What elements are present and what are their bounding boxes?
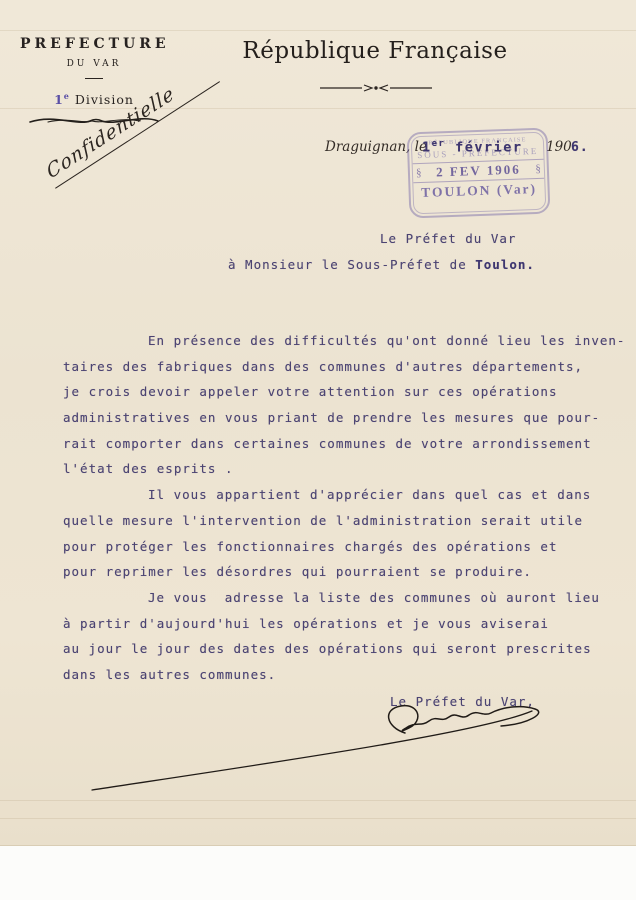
letterhead-rule <box>85 78 103 79</box>
letterhead-region: DU VAR <box>20 59 168 69</box>
division-number: 1 <box>54 92 64 107</box>
recipient-city: Toulon. <box>475 257 535 272</box>
letter-body: En présence des difficultés qu'ont donné… <box>63 328 608 688</box>
body-line: quelle mesure l'intervention de l'admini… <box>63 508 608 534</box>
recipient-address-text: à Monsieur le Sous-Préfet de <box>228 257 475 272</box>
body-line: rait comporter dans certaines communes d… <box>63 431 608 457</box>
body-line: administratives en vous priant de prendr… <box>63 405 608 431</box>
body-line: taires des fabriques dans des communes d… <box>63 354 608 380</box>
recipient-address: à Monsieur le Sous-Préfet de Toulon. <box>228 257 535 272</box>
body-line: je crois devoir appeler votre attention … <box>63 379 608 405</box>
recipient-title: Le Préfet du Var <box>380 231 516 246</box>
body-line: Je vous adresse la liste des communes où… <box>63 585 608 611</box>
scanned-letter: PREFECTURE DU VAR 1e Division République… <box>0 0 636 900</box>
body-line: dans les autres communes. <box>63 662 608 688</box>
dateline-typed-date: 1er février <box>422 139 523 156</box>
scan-artifact-line <box>0 818 636 819</box>
division-word: Division <box>70 92 134 107</box>
stamp-ornament-right: § <box>535 163 541 175</box>
body-line: l'état des esprits . <box>63 456 608 482</box>
body-line: au jour le jour des dates des opérations… <box>63 636 608 662</box>
body-line: pour reprimer les désordres qui pourraie… <box>63 559 608 585</box>
dateline-year-typed: 6. <box>571 140 589 155</box>
letterhead-office: PREFECTURE <box>20 36 168 52</box>
stamp-date: 2 FEV 1906 <box>436 162 521 181</box>
stamp-date-row: § 2 FEV 1906 § <box>413 159 545 184</box>
body-line: En présence des difficultés qu'ont donné… <box>63 328 608 354</box>
scan-artifact-line <box>0 800 636 801</box>
document-title: République Française <box>225 38 525 64</box>
title-divider-ornament <box>320 82 432 94</box>
dateline-day: 1 <box>422 140 432 156</box>
dateline-year-printed: 190 <box>546 139 572 155</box>
dateline-day-ordinal: er <box>432 139 446 149</box>
scan-artifact-line <box>0 30 636 31</box>
signature-handwriting <box>60 697 560 797</box>
stamp-place-text: TOULON (Var) <box>421 181 537 201</box>
stamp-ornament-left: § <box>416 167 422 179</box>
body-line: Il vous appartient d'apprécier dans quel… <box>63 482 608 508</box>
dateline-month: février <box>445 140 522 156</box>
body-line: à partir d'aujourd'hui les opérations et… <box>63 611 608 637</box>
body-line: pour protéger les fonctionnaires chargés… <box>63 534 608 560</box>
